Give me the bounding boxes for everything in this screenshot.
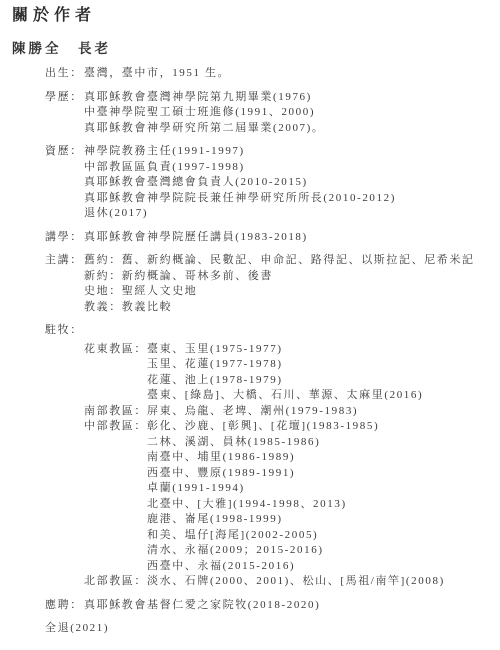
- author-name: 陳勝全 長老: [12, 40, 486, 58]
- pastorate-line: 和美、塭仔[海尾](2002-2005): [147, 528, 486, 544]
- section-experience: 資歷： 神學院教務主任(1991-1997) 中部教區區負責(1997-1998…: [45, 144, 486, 222]
- section-pastorates: 駐牧： 花東教區： 臺東、玉里(1975-1977) 玉里、花蓮(1977-19…: [45, 323, 486, 590]
- courses-line: 教義：教義比較: [84, 300, 486, 316]
- section-experience-label: 資歷：: [45, 144, 84, 160]
- section-appointment: 應聘： 真耶穌教會基督仁愛之家院牧(2018-2020): [45, 598, 486, 614]
- about-author-page: 關於作者 陳勝全 長老 出生： 臺灣，臺中市，1951 生。 學歷： 真耶穌教會…: [0, 0, 500, 637]
- courses-line: 舊約：舊、新約概論、民數記、申命記、路得記、以斯拉記、尼希米記: [84, 253, 486, 269]
- region-central: 中部教區： 彰化、沙鹿、[彰興]、[花壇](1983-1985) 二林、溪湖、員…: [84, 419, 486, 574]
- pastorate-regions: 花東教區： 臺東、玉里(1975-1977) 玉里、花蓮(1977-1978) …: [84, 342, 486, 590]
- section-lecturing-label: 講學：: [45, 230, 84, 246]
- pastorate-line: 卓蘭(1991-1994): [147, 481, 486, 497]
- courses-line: 新約：新約概論、哥林多前、後書: [84, 269, 486, 285]
- pastorate-line: 二林、溪湖、員林(1985-1986): [147, 435, 486, 451]
- region-south: 南部教區： 屏東、烏龍、老埤、潮州(1979-1983): [84, 404, 486, 420]
- section-pastorates-label: 駐牧：: [45, 323, 486, 339]
- pastorate-line: 彰化、沙鹿、[彰興]、[花壇](1983-1985): [147, 419, 486, 435]
- experience-line: 退休(2017): [84, 206, 486, 222]
- section-education-label: 學歷：: [45, 90, 84, 106]
- pastorate-line: 南臺中、埔里(1986-1989): [147, 450, 486, 466]
- section-lecturing: 講學： 真耶穌教會神學院歷任講員(1983-2018): [45, 230, 486, 246]
- pastorate-line: 臺東、玉里(1975-1977): [147, 342, 486, 358]
- page-title: 關於作者: [12, 6, 486, 26]
- pastorate-line: 臺東、[綠島]、大橋、石川、華源、太麻里(2016): [147, 388, 486, 404]
- experience-line: 真耶穌教會臺灣總會負責人(2010-2015): [84, 175, 486, 191]
- region-south-label: 南部教區：: [84, 404, 147, 420]
- pastorate-line: 玉里、花蓮(1977-1978): [147, 357, 486, 373]
- education-line: 中臺神學院聖工碩士班進修(1991、2000): [84, 105, 486, 121]
- region-north: 北部教區： 淡水、石牌(2000、2001)、松山、[馬祖/南竿](2008): [84, 574, 486, 590]
- education-line: 真耶穌教會神學研究所第二屆畢業(2007)。: [84, 121, 486, 137]
- pastorate-line: 花蓮、池上(1978-1979): [147, 373, 486, 389]
- pastorate-line: 鹿港、崙尾(1998-1999): [147, 512, 486, 528]
- experience-line: 真耶穌教會神學院院長兼任神學研究所所長(2010-2012): [84, 191, 486, 207]
- region-north-label: 北部教區：: [84, 574, 147, 590]
- pastorate-line: 西臺中、永福(2015-2016): [147, 559, 486, 575]
- region-huadong: 花東教區： 臺東、玉里(1975-1977) 玉里、花蓮(1977-1978) …: [84, 342, 486, 404]
- education-line: 真耶穌教會臺灣神學院第九期畢業(1976): [84, 90, 486, 106]
- lecturing-line: 真耶穌教會神學院歷任講員(1983-2018): [84, 230, 486, 246]
- bio-sections: 出生： 臺灣，臺中市，1951 生。 學歷： 真耶穌教會臺灣神學院第九期畢業(1…: [45, 66, 486, 637]
- section-full-retirement: 全退(2021): [45, 621, 486, 637]
- section-education: 學歷： 真耶穌教會臺灣神學院第九期畢業(1976) 中臺神學院聖工碩士班進修(1…: [45, 90, 486, 137]
- full-retirement-line: 全退(2021): [45, 621, 486, 637]
- region-central-label: 中部教區：: [84, 419, 147, 435]
- pastorate-line: 清水、永福(2009；2015-2016): [147, 543, 486, 559]
- section-courses-label: 主講：: [45, 253, 84, 269]
- section-courses: 主講： 舊約：舊、新約概論、民數記、申命記、路得記、以斯拉記、尼希米記 新約：新…: [45, 253, 486, 315]
- pastorate-line: 屏東、烏龍、老埤、潮州(1979-1983): [147, 404, 486, 420]
- pastorate-line: 淡水、石牌(2000、2001)、松山、[馬祖/南竿](2008): [147, 574, 486, 590]
- pastorate-line: 北臺中、[大雅](1994-1998、2013): [147, 497, 486, 513]
- experience-line: 中部教區區負責(1997-1998): [84, 160, 486, 176]
- appointment-line: 真耶穌教會基督仁愛之家院牧(2018-2020): [84, 598, 486, 614]
- section-appointment-label: 應聘：: [45, 598, 84, 614]
- pastorate-line: 西臺中、豐原(1989-1991): [147, 466, 486, 482]
- section-birth-label: 出生：: [45, 66, 84, 82]
- experience-line: 神學院教務主任(1991-1997): [84, 144, 486, 160]
- birth-line: 臺灣，臺中市，1951 生。: [84, 66, 486, 82]
- region-huadong-label: 花東教區：: [84, 342, 147, 358]
- courses-line: 史地：聖經人文史地: [84, 284, 486, 300]
- section-birth: 出生： 臺灣，臺中市，1951 生。: [45, 66, 486, 82]
